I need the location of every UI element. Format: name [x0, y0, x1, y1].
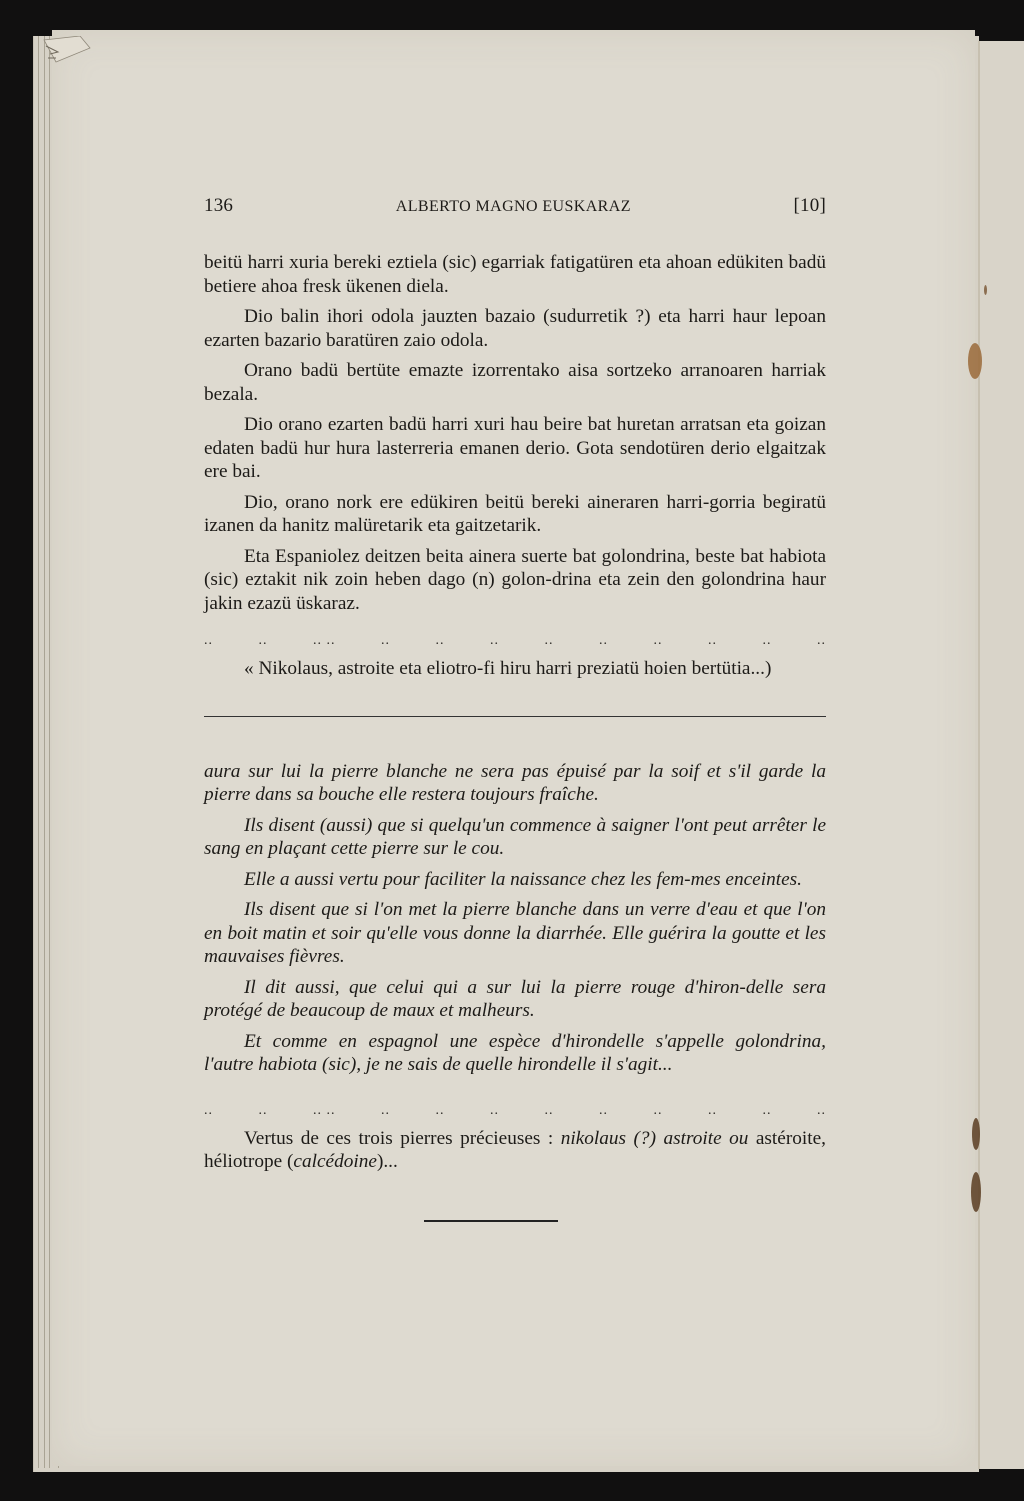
ellipsis: .. .. [313, 633, 336, 649]
ellipsis: .. [599, 1103, 608, 1119]
ellipsis: .. [259, 633, 268, 649]
ellipsis: .. .. [313, 1103, 336, 1119]
page-content: 136 ALBERTO MAGNO EUSKARAZ [10] beitü ha… [204, 195, 826, 1222]
paper-stain [968, 343, 982, 379]
torn-corner-icon [42, 36, 92, 70]
ellipsis: .. [381, 633, 390, 649]
basque-text: beitü harri xuria bereki eztiela (sic) e… [204, 251, 826, 681]
running-head: 136 ALBERTO MAGNO EUSKARAZ [10] [204, 195, 826, 217]
ellipsis: .. [490, 633, 499, 649]
text-run: )... [377, 1151, 398, 1172]
french-paragraph: Il dit aussi, que celui qui a sur lui la… [204, 976, 826, 1023]
ellipsis: .. [708, 633, 717, 649]
ellipsis-row: .. .. .. .. .. .. .. .. .. .. .. .. .. [204, 1103, 826, 1119]
page-edge-line [49, 36, 50, 1468]
text-run: Vertus de ces trois pierres précieuses : [244, 1128, 561, 1149]
french-paragraph: Elle a aussi vertu pour faciliter la nai… [204, 868, 826, 892]
text-run-italic: ou [729, 1128, 748, 1149]
basque-paragraph: Eta Espaniolez deitzen beita ainera suer… [204, 545, 826, 616]
ellipsis: .. [763, 633, 772, 649]
basque-paragraph: beitü harri xuria bereki eztiela (sic) e… [204, 251, 826, 298]
ellipsis: .. [204, 633, 213, 649]
basque-paragraph: Dio balin ihori odola jauzten bazaio (su… [204, 305, 826, 352]
end-rule [424, 1220, 558, 1222]
ellipsis: .. [817, 633, 826, 649]
ellipsis: .. [654, 633, 663, 649]
basque-paragraph: Dio, orano nork ere edükiren beitü berek… [204, 491, 826, 538]
ellipsis: .. [436, 1103, 445, 1119]
ellipsis: .. [763, 1103, 772, 1119]
ellipsis: .. [817, 1103, 826, 1119]
basque-quote: « Nikolaus, astroite eta eliotro-fi hiru… [204, 657, 826, 681]
ellipsis-row: .. .. .. .. .. .. .. .. .. .. .. .. .. [204, 633, 826, 649]
french-paragraph: Ils disent que si l'on met la pierre bla… [204, 898, 826, 969]
ellipsis: .. [545, 1103, 554, 1119]
ellipsis: .. [654, 1103, 663, 1119]
section-divider [204, 716, 826, 717]
paper-stain [984, 285, 987, 295]
french-paragraph: aura sur lui la pierre blanche ne sera p… [204, 760, 826, 807]
french-translation: aura sur lui la pierre blanche ne sera p… [204, 760, 826, 1077]
ellipsis: .. [708, 1103, 717, 1119]
final-paragraph: Vertus de ces trois pierres précieuses :… [204, 1127, 826, 1174]
french-paragraph: Ils disent (aussi) que si quelqu'un comm… [204, 814, 826, 861]
basque-paragraph: Dio orano ezarten badü harri xuri hau be… [204, 413, 826, 484]
text-run-italic: nikolaus (?) astroite [561, 1128, 722, 1149]
paper-stain [971, 1172, 981, 1212]
paper-stain [972, 1118, 980, 1150]
page-edge-line [44, 36, 45, 1468]
french-paragraph: Et comme en espagnol une espèce d'hirond… [204, 1030, 826, 1077]
ellipsis: .. [599, 633, 608, 649]
ellipsis: .. [436, 633, 445, 649]
next-page-edge [978, 41, 1024, 1469]
page-number: 136 [204, 195, 233, 217]
ellipsis: .. [545, 633, 554, 649]
ellipsis: .. [259, 1103, 268, 1119]
text-run-italic: calcédoine [293, 1151, 377, 1172]
basque-paragraph: Orano badü bertüte emazte izorrentako ai… [204, 359, 826, 406]
page-edge-line [38, 36, 39, 1468]
ellipsis: .. [204, 1103, 213, 1119]
section-number: [10] [794, 195, 826, 217]
ellipsis: .. [381, 1103, 390, 1119]
running-title: ALBERTO MAGNO EUSKARAZ [396, 198, 631, 216]
ellipsis: .. [490, 1103, 499, 1119]
